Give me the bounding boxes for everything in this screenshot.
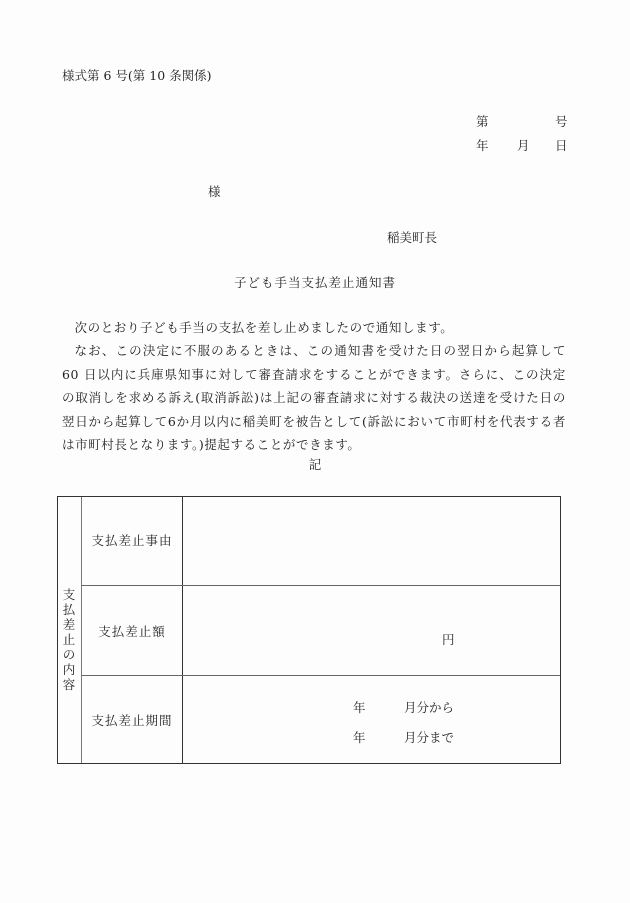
ki-heading: 記: [0, 455, 630, 473]
row-label-period: 支払差止期間: [82, 676, 183, 763]
addressee-honorific: 様: [208, 182, 221, 200]
group-label-char: 止: [58, 632, 80, 647]
group-label-char: 払: [58, 602, 80, 617]
period-field[interactable]: 年月分から 年月分まで: [183, 676, 560, 763]
form-number: 様式第 6 号(第 10 条関係): [62, 66, 212, 84]
document-number-prefix: 第: [476, 112, 489, 130]
group-label-char: の: [58, 647, 80, 662]
table-row-reason: 支払差止事由: [82, 497, 560, 586]
period-from: 年月分から: [353, 698, 454, 716]
row-label-text: 支払差止期間: [91, 711, 172, 729]
suspension-details-table: 支 払 差 止 の 内 容 支払差止事由 支払差止額 円 支払差止期間 年月分か…: [57, 496, 561, 764]
period-from-month: 月分から: [404, 700, 454, 715]
period-to-year: 年: [353, 728, 404, 746]
reason-field[interactable]: [183, 497, 560, 585]
period-to-month: 月分まで: [404, 730, 454, 745]
row-label-reason: 支払差止事由: [82, 497, 183, 585]
document-title: 子ども手当支払差止通知書: [0, 273, 630, 291]
period-to: 年月分まで: [353, 728, 454, 746]
document-number-suffix: 号: [555, 112, 568, 130]
amount-field[interactable]: 円: [183, 586, 560, 675]
group-label-char: 容: [58, 677, 80, 692]
date-year-label: 年: [476, 136, 489, 154]
group-label-char: 支: [58, 587, 80, 602]
table-row-amount: 支払差止額 円: [82, 586, 560, 676]
group-label-char: 差: [58, 617, 80, 632]
body-paragraph-appeal: なお、この決定に不服のあるときは、この通知書を受けた日の翌日から起算して 60 …: [62, 339, 566, 456]
body-paragraph-notice: 次のとおり子ども手当の支払を差し止めましたので通知します。: [62, 316, 566, 339]
table-row-period: 支払差止期間 年月分から 年月分まで: [82, 676, 560, 763]
yen-unit: 円: [442, 630, 455, 648]
issuer-name: 稲美町長: [387, 228, 437, 246]
group-label-char: 内: [58, 662, 80, 677]
date-month-label: 月: [517, 136, 530, 154]
group-label-vertical: 支 払 差 止 の 内 容: [58, 587, 80, 692]
row-label-text: 支払差止額: [98, 622, 166, 640]
body-text: 次のとおり子ども手当の支払を差し止めましたので通知します。 なお、この決定に不服…: [62, 316, 566, 456]
row-label-text: 支払差止事由: [91, 531, 172, 549]
row-label-amount: 支払差止額: [82, 586, 183, 675]
date-day-label: 日: [555, 136, 568, 154]
period-from-year: 年: [353, 698, 404, 716]
group-label-column: 支 払 差 止 の 内 容: [58, 497, 82, 763]
